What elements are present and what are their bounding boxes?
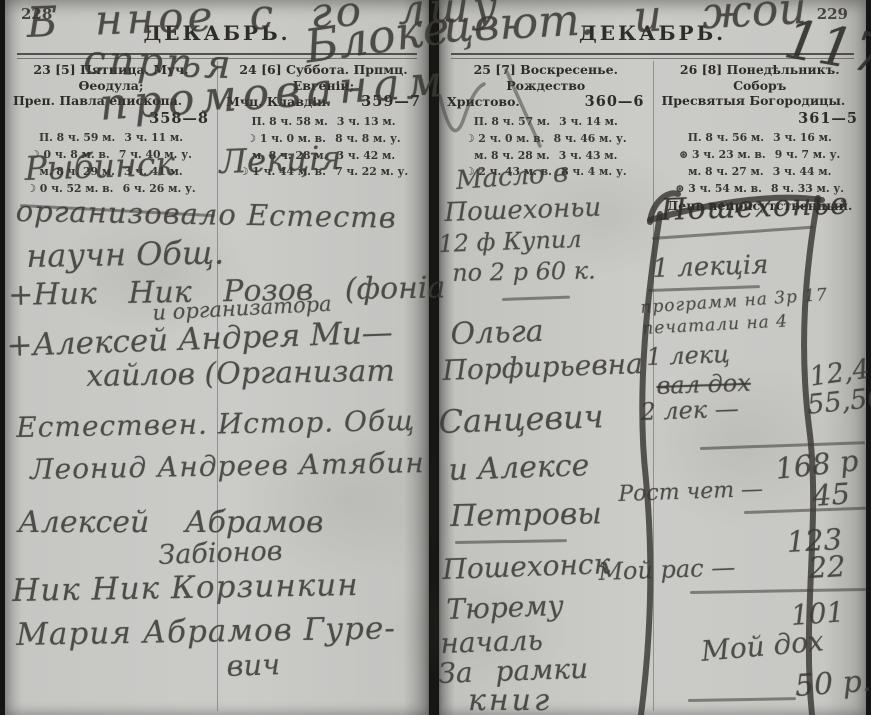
entry-day-count: 360—6 (585, 93, 645, 112)
note-line: Санцевич (438, 400, 604, 438)
note-line: Забіонов (158, 538, 283, 569)
sun-times: П. 8 ч. 57 м. 3 ч. 14 м. (442, 114, 650, 131)
accounts-title: Пошехонье (660, 189, 849, 226)
entry-day-count: 361—5 (798, 110, 858, 129)
note-line: Естествен. Истор. Общ (16, 407, 415, 442)
note-line: организовало Естеств (15, 197, 396, 233)
note-line: 12 ф Купил (438, 227, 582, 256)
accounts-line: Мой рас — (598, 555, 736, 584)
note-line: Леонид Андреев Атябин (30, 449, 425, 484)
note-line: Пошехоньи (444, 195, 601, 226)
entry-header: 25 [7] Воскресенье. Рождество (442, 62, 650, 93)
note-line: по 2 р 60 к. (452, 258, 596, 285)
note-line: Алексей Абрамов (18, 508, 323, 538)
note-line: вич (226, 650, 281, 681)
moon-times: ⊛ 3 ч. 23 м. в. 9 ч. 7 м. у. (657, 147, 864, 164)
accounts-line: 1 лекц (646, 342, 730, 369)
accounts-value: 50 р. (794, 667, 871, 702)
note-line: научн Общ. (26, 237, 224, 272)
note-line: Пошехонск (442, 550, 611, 584)
moon-times: ☽ 2 ч. 0 м. в. 8 ч. 46 м. у. (442, 131, 650, 148)
note-line: Порфирьевна (442, 350, 643, 385)
note-line: книг (468, 686, 552, 715)
scanned-diary-spread: 228 ДЕКАБРЬ. 23 [5] Пятница. Муч. Ѳеодул… (0, 0, 871, 715)
note-line: Мария Абрамов Гуре- (16, 613, 396, 651)
note-line: Ник Ник Корзинкин (12, 570, 359, 607)
entry-subtitle: Пресвятыя Богородицы. (662, 93, 846, 109)
accounts-line: Рост чет — (618, 479, 763, 506)
note-line: Петровы (450, 499, 602, 532)
note-line: Ольга (450, 317, 544, 350)
note-line: Тюрему (446, 592, 564, 624)
note-line: хайлов (Организат (86, 357, 395, 392)
sun-times: П. 8 ч. 56 м. 3 ч. 16 м. (657, 130, 864, 147)
accounts-line: 2 лек — (640, 397, 739, 424)
note-line: Масло в (455, 160, 569, 194)
accounts-line: 1 лекція (652, 252, 769, 282)
accounts-value: 55,50 (806, 384, 871, 419)
note-line: и Алексе (448, 451, 590, 486)
accounts-value: 45 (812, 479, 851, 511)
sun-times: м. 8 ч. 27 м. 3 ч. 44 м. (657, 164, 864, 181)
accounts-value: 22 (808, 552, 846, 583)
entry-subtitle: Христово. (447, 94, 520, 110)
note-line: Рыбинск Лекція (24, 141, 342, 185)
